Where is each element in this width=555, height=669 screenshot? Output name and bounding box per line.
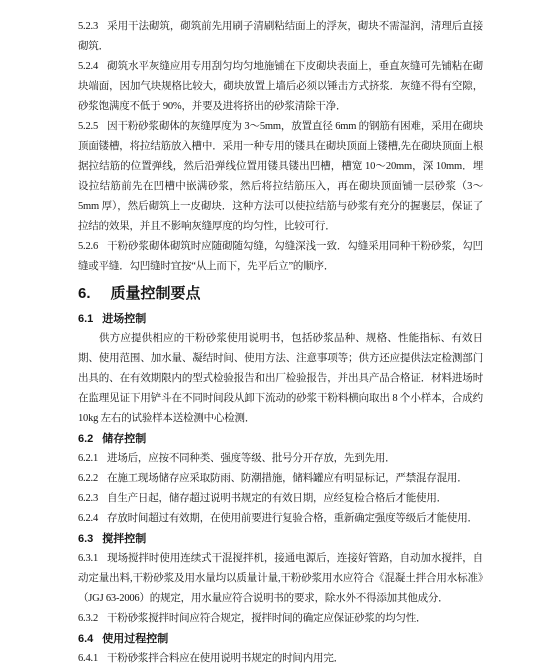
clause-text: 现场搅拌时使用连续式干混搅拌机，接通电源后，连接好管路，自动加水搅拌，自动定量出…	[78, 553, 483, 604]
clause-number: 6.2.4	[78, 513, 98, 524]
clause-6-2-2: 6.2.2在施工现场储存应采取防雨、防潮措施，储料罐应有明显标记，严禁混存混用．	[78, 469, 483, 489]
clause-text: 自生产日起，储存超过说明书规定的有效日期，应经复检合格后才能使用．	[107, 493, 447, 504]
clause-6-4-1: 6.4.1干粉砂浆拌合料应在使用说明书规定的时间内用完．	[78, 649, 483, 669]
heading-number: 6.1	[78, 313, 93, 325]
subheading-usage-process-control: 6.4使用过程控制	[78, 629, 483, 649]
heading-number: 6.	[78, 285, 91, 302]
heading-text: 搅拌控制	[102, 533, 146, 545]
clause-6-3-1: 6.3.1现场搅拌时使用连续式干混搅拌机，接通电源后，连接好管路，自动加水搅拌，…	[78, 549, 483, 609]
clause-text: 采用干法砌筑，砌筑前先用刷子清刷粘结面上的浮灰，砌块不需湿润，清理后直接砌筑．	[78, 21, 483, 52]
clause-6-2-4: 6.2.4存放时间超过有效期，在使用前要进行复验合格，重新确定强度等级后才能使用…	[78, 509, 483, 529]
clause-5-2-6: 5.2.6干粉砂浆砌体砌筑时应随砌随勾缝，勾缝深浅一致．勾缝采用同种干粉砂浆，勾…	[78, 237, 483, 277]
clause-number: 5.2.5	[78, 121, 98, 132]
paragraph-supplier-requirements: 供方应提供相应的干粉砂浆使用说明书，包括砂浆品种、规格、性能指标、有效日期、使用…	[78, 329, 483, 429]
clause-6-3-2: 6.3.2干粉砂浆搅拌时间应符合规定，搅拌时间的确定应保证砂浆的均匀性．	[78, 609, 483, 629]
clause-text: 干粉砂浆拌合料应在使用说明书规定的时间内用完．	[107, 653, 344, 664]
clause-5-2-3: 5.2.3采用干法砌筑，砌筑前先用刷子清刷粘结面上的浮灰，砌块不需湿润，清理后直…	[78, 17, 483, 57]
clause-6-2-1: 6.2.1进场后，应按不同种类、强度等级、批号分开存放，先到先用．	[78, 449, 483, 469]
subheading-entry-control: 6.1进场控制	[78, 309, 483, 329]
heading-number: 6.2	[78, 433, 93, 445]
clause-number: 6.4.1	[78, 653, 98, 664]
clause-number: 6.3.1	[78, 553, 98, 564]
document-page: 5.2.3采用干法砌筑，砌筑前先用刷子清刷粘结面上的浮灰，砌块不需湿润，清理后直…	[0, 0, 555, 669]
clause-number: 5.2.4	[78, 61, 98, 72]
subheading-mixing-control: 6.3搅拌控制	[78, 529, 483, 549]
clause-text: 砌筑水平灰缝应用专用刮匀均匀地施铺在下皮砌块表面上，垂直灰缝可先铺粘在砌块端面，…	[78, 61, 483, 112]
heading-text: 储存控制	[102, 433, 146, 445]
clause-text: 因干粉砂浆砌体的灰缝厚度为 3～5mm，放置直径 6mm 的钢筋有困难，采用在砌…	[78, 121, 483, 232]
clause-text: 干粉砂浆砌体砌筑时应随砌随勾缝，勾缝深浅一致．勾缝采用同种干粉砂浆，勾凹缝或平缝…	[78, 241, 483, 272]
subheading-storage-control: 6.2储存控制	[78, 429, 483, 449]
heading-number: 6.4	[78, 633, 93, 645]
clause-text: 进场后，应按不同种类、强度等级、批号分开存放，先到先用．	[107, 453, 395, 464]
heading-text: 进场控制	[102, 313, 146, 325]
clause-5-2-5: 5.2.5因干粉砂浆砌体的灰缝厚度为 3～5mm，放置直径 6mm 的钢筋有困难…	[78, 117, 483, 237]
paragraph-text: 供方应提供相应的干粉砂浆使用说明书，包括砂浆品种、规格、性能指标、有效日期、使用…	[78, 333, 483, 424]
clause-text: 干粉砂浆搅拌时间应符合规定，搅拌时间的确定应保证砂浆的均匀性．	[107, 613, 426, 624]
clause-5-2-4: 5.2.4砌筑水平灰缝应用专用刮匀均匀地施铺在下皮砌块表面上，垂直灰缝可先铺粘在…	[78, 57, 483, 117]
clause-number: 5.2.6	[78, 241, 98, 252]
clause-number: 6.3.2	[78, 613, 98, 624]
clause-number: 6.2.3	[78, 493, 98, 504]
heading-number: 6.3	[78, 533, 93, 545]
clause-number: 5.2.3	[78, 21, 98, 32]
heading-text: 质量控制要点	[111, 285, 201, 302]
section-heading-quality-control: 6.质量控制要点	[78, 282, 483, 306]
clause-number: 6.2.1	[78, 453, 98, 464]
clause-text: 存放时间超过有效期，在使用前要进行复验合格，重新确定强度等级后才能使用．	[107, 513, 478, 524]
clause-6-2-3: 6.2.3自生产日起，储存超过说明书规定的有效日期，应经复检合格后才能使用．	[78, 489, 483, 509]
heading-text: 使用过程控制	[102, 633, 168, 645]
clause-text: 在施工现场储存应采取防雨、防潮措施，储料罐应有明显标记，严禁混存混用．	[107, 473, 468, 484]
clause-number: 6.2.2	[78, 473, 98, 484]
